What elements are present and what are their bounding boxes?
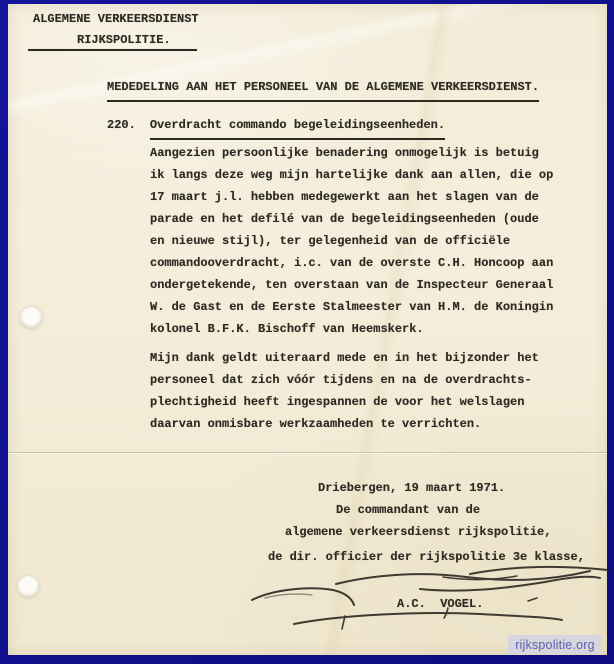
signature-typed-name: A.C. VOGEL.	[397, 593, 483, 615]
closing-line-rank: de dir. officier der rijkspolitie 3e kla…	[268, 546, 585, 568]
closing-line-service: algemene verkeersdienst rijkspolitie,	[285, 521, 551, 543]
letterhead-org-line1: ALGEMENE VERKEERSDIENST	[33, 8, 199, 30]
site-watermark-label: rijkspolitie.org	[515, 638, 595, 652]
punch-hole-top	[20, 307, 42, 329]
closing-place-date: Driebergen, 19 maart 1971.	[318, 477, 505, 499]
body-paragraph-2: Mijn dank geldt uiteraard mede en in het…	[150, 347, 539, 435]
scanned-letter-page: ALGEMENE VERKEERSDIENST RIJKSPOLITIE. ME…	[0, 0, 614, 664]
punch-hole-bottom	[17, 576, 39, 598]
paper-fold-crease	[8, 452, 607, 453]
item-subject: Overdracht commando begeleidingseenheden…	[150, 114, 445, 140]
letterhead-org-line2: RIJKSPOLITIE.	[77, 29, 171, 51]
site-watermark: rijkspolitie.org	[508, 635, 602, 654]
document-title: MEDEDELING AAN HET PERSONEEL VAN DE ALGE…	[107, 76, 539, 102]
item-heading: 220. Overdracht commando begeleidingseen…	[107, 114, 445, 140]
closing-line-commandant: De commandant van de	[336, 499, 480, 521]
item-number: 220.	[107, 114, 136, 140]
letterhead-underline	[28, 49, 197, 51]
body-paragraph-1: Aangezien persoonlijke benadering onmoge…	[150, 142, 553, 340]
